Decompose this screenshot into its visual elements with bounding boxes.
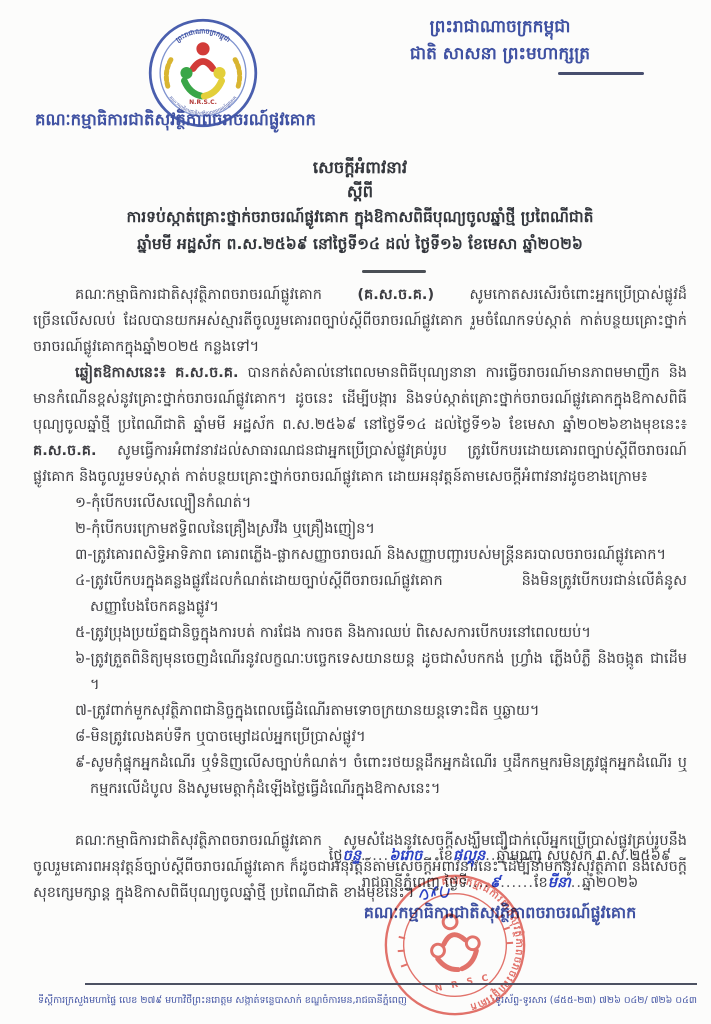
- appeal-item-7: ៧-ត្រូវពាក់មួកសុវត្ថិភាពជានិច្ចក្នុងពេលធ…: [75, 698, 687, 724]
- handwritten-lunar-day: ៦រោច: [389, 848, 422, 864]
- kingdom-divider: [558, 72, 644, 75]
- handwritten-day-name: ចន្ទ: [343, 848, 361, 864]
- appeal-item-1: ១-កុំបើកបរលើសល្បឿនកំណត់។: [75, 490, 687, 516]
- gregorian-date-line: រាជធានីភ្នំពេញ ថ្ងៃទី....៩......ខែមីនា..…: [300, 870, 700, 897]
- date-day-label: ថ្ងៃ: [329, 848, 343, 864]
- place-and-day-label: រាជធានីភ្នំពេញ ថ្ងៃទី: [362, 875, 468, 891]
- kingdom-line1: ព្រះរាជាណាចក្រកម្ពុជា: [330, 14, 670, 41]
- dotted-blank: ....: [468, 875, 490, 891]
- appeal-item-8: ៨-មិនត្រូវលេងគប់ទឹក ឬបាចម្សៅដល់អ្នកប្រើប…: [75, 724, 687, 750]
- committee-abbreviation: គ.ស.ច.គ.: [33, 443, 96, 459]
- handwritten-day-number: ៩: [490, 875, 500, 891]
- document-page: ព្រះរាជាណាចក្រកម្ពុជា N.R.S.C. គណៈកម្មាធ…: [0, 0, 711, 1024]
- dotted-blank: ..: [485, 848, 496, 864]
- paragraph-1: គណៈកម្មាធិការជាតិសុវត្ថិភាពចរាចរណ៍ផ្លូវគ…: [33, 282, 687, 360]
- date-month-label: ខែ: [534, 875, 548, 891]
- appeal-item-4: ៤-ត្រូវបើកបរក្នុងគន្លងផ្លូវដែលកំណត់ដោយច្…: [75, 568, 687, 620]
- title-block: សេចក្តីអំពាវនាវ ស្តីពី ការទប់ស្កាត់គ្រោះ…: [35, 156, 685, 277]
- dotted-blank: ......: [500, 875, 534, 891]
- title-divider: [362, 270, 426, 273]
- appeal-items-list: ១-កុំបើកបរលើសល្បឿនកំណត់។ ២-កុំបើកបរក្រោម…: [33, 490, 687, 802]
- title-subject-line2: ឆ្នាំមមី អដ្ឋស័ក ព.ស.២៥៦៩ នៅថ្ងៃទី១៤ ដល់…: [35, 231, 685, 258]
- dotted-blank: ..: [571, 875, 582, 891]
- footer-phone: ទូរស័ព្ទ-ទូរសារ (៨៥៥-២៣) ៧២៦ ០៤២/ ៧២៦ ០៤…: [495, 994, 697, 1008]
- footer-divider: [85, 983, 697, 985]
- signature-block: ថ្ងៃចន្ទ.....៦រោច...ខែផល្គុន..ឆ្នាំម្សាញ…: [300, 843, 700, 926]
- paragraph-2-text-cont: សូមធ្វើការអំពាវនាវដល់សាធារណជនជាអ្នកប្រើប…: [33, 443, 687, 485]
- dotted-blank: ...: [422, 848, 439, 864]
- footer-address: ទីស្តីការក្រសួងមហាផ្ទៃ លេខ ២៧៩ មហាវិថីព្…: [38, 994, 407, 1008]
- appeal-item-6: ៦-ត្រូវត្រួតពិនិត្យមុនចេញដំណើរនូវលក្ខណៈប…: [75, 646, 687, 698]
- footer: ទីស្តីការក្រសួងមហាផ្ទៃ លេខ ២៧៩ មហាវិថីព្…: [0, 994, 711, 1008]
- appeal-item-3: ៣-ត្រូវគោរពសិទ្ធិអាទិភាព គោរពភ្លើង-ផ្លាក…: [75, 542, 687, 568]
- paragraph-2: ឆ្លៀតឱកាសនេះ៖ គ.ស.ច.គ. បានកត់សំគាល់នៅពេល…: [33, 360, 687, 490]
- lunar-date-line: ថ្ងៃចន្ទ.....៦រោច...ខែផល្គុន..ឆ្នាំម្សាញ…: [300, 843, 700, 870]
- organization-name: គណៈកម្មាធិការជាតិសុវត្ថិភាពចរាចរណ៍ផ្លូវគ…: [35, 110, 316, 134]
- appeal-item-2: ២-កុំបើកបរក្រោមឥទ្ធិពលនៃគ្រឿងស្រវឹង ឬគ្រ…: [75, 516, 687, 542]
- gregorian-year-text: ឆ្នាំ២០២៦: [582, 875, 638, 891]
- kingdom-header: ព្រះរាជាណាចក្រកម្ពុជា ជាតិ សាសនា ព្រះមហា…: [330, 14, 670, 68]
- appeal-item-5: ៥-ត្រូវប្រុងប្រយ័ត្នជានិច្ចក្នុងការបត់ ក…: [75, 620, 687, 646]
- committee-abbreviation: គ.ស.ច.គ.: [175, 365, 238, 381]
- kingdom-line2: ជាតិ សាសនា ព្រះមហាក្សត្រ: [330, 41, 670, 68]
- handwritten-lunar-month: ផល្គុន: [453, 848, 485, 864]
- document-type: សេចក្តីអំពាវនាវ: [35, 156, 685, 180]
- lunar-year-text: ឆ្នាំម្សាញ់ សប្តស័ក ព.ស.២៥៦៩: [496, 848, 671, 864]
- document-body: គណៈកម្មាធិការជាតិសុវត្ថិភាពចរាចរណ៍ផ្លូវគ…: [33, 282, 687, 906]
- date-month-label: ខែ: [439, 848, 453, 864]
- committee-abbreviation: (គ.ស.ច.គ.): [357, 287, 434, 303]
- title-subject-line1: ការទប់ស្កាត់គ្រោះថ្នាក់ចរាចរណ៍ផ្លូវគោក ក…: [35, 204, 685, 231]
- title-regarding: ស្តីពី: [35, 180, 685, 204]
- signing-committee-name: គណៈកម្មាធិការជាតិសុវត្ថិភាពចរាចរណ៍ផ្លូវគ…: [300, 899, 700, 926]
- handwritten-month: មីនា: [548, 875, 571, 891]
- dotted-blank: .....: [361, 848, 389, 864]
- paragraph-2-lead: ឆ្លៀតឱកាសនេះ៖: [75, 365, 175, 381]
- appeal-item-9: ៩-សូមកុំផ្ទុកអ្នកដំណើរ ឬទំនិញលើសច្បាប់កំ…: [75, 750, 687, 802]
- logo-abbr-text: N.R.S.C.: [189, 99, 217, 106]
- paragraph-1-text: គណៈកម្មាធិការជាតិសុវត្ថិភាពចរាចរណ៍ផ្លូវគ…: [75, 287, 357, 303]
